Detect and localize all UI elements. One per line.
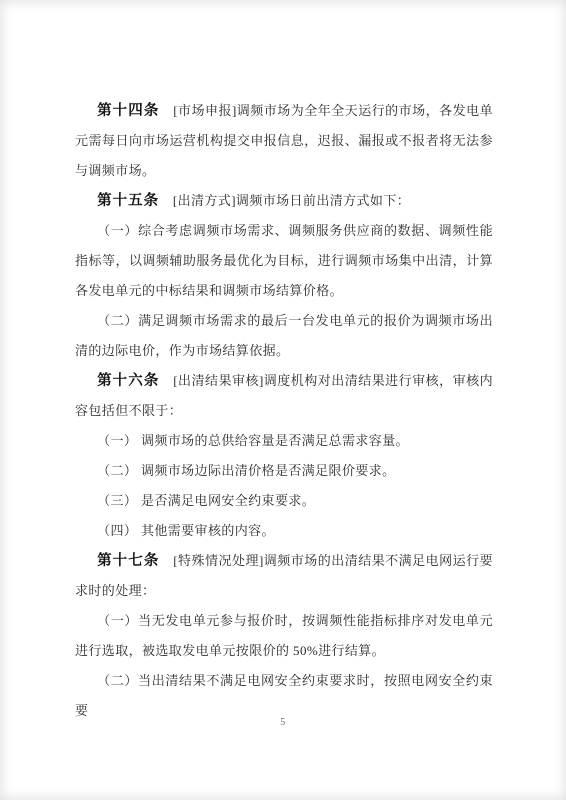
article-paragraph: 第十四条[市场申报]调频市场为全年全天运行的市场，各发电单元需每日向市场运营机构… bbox=[75, 96, 493, 186]
article-number: 第十五条 bbox=[97, 193, 159, 209]
article-paragraph: （二） 调频市场边际出清价格是否满足限价要求。 bbox=[75, 456, 493, 486]
article-paragraph: （一）综合考虑调频市场需求、调频服务供应商的数据、调频性能指标等，以调频辅助服务… bbox=[75, 216, 493, 306]
article-number: 第十六条 bbox=[97, 373, 159, 389]
article-paragraph: （一）当无发电单元参与报价时，按调频性能指标排序对发电单元进行选取，被选取发电单… bbox=[75, 606, 493, 666]
article-text: [出清方式]调频市场日前出清方式如下： bbox=[173, 193, 410, 208]
document-body: 第十四条[市场申报]调频市场为全年全天运行的市场，各发电单元需每日向市场运营机构… bbox=[75, 96, 493, 726]
article-paragraph: （三） 是否满足电网安全约束要求。 bbox=[75, 486, 493, 516]
article-text: （一） 调频市场的总供给容量是否满足总需求容量。 bbox=[97, 433, 409, 448]
article-text: （四） 其他需要审核的内容。 bbox=[97, 523, 275, 538]
article-text: （一）综合考虑调频市场需求、调频服务供应商的数据、调频性能指标等，以调频辅助服务… bbox=[75, 223, 493, 298]
article-paragraph: （二）满足调频市场需求的最后一台发电单元的报价为调频市场出清的边际电价，作为市场… bbox=[75, 306, 493, 366]
article-paragraph: （四） 其他需要审核的内容。 bbox=[75, 516, 493, 546]
article-paragraph: 第十七条[特殊情况处理]调频市场的出清结果不满足电网运行要求时的处理： bbox=[75, 546, 493, 606]
article-number: 第十四条 bbox=[97, 103, 159, 119]
article-text: （三） 是否满足电网安全约束要求。 bbox=[97, 493, 315, 508]
article-number: 第十七条 bbox=[97, 553, 159, 569]
article-paragraph: 第十五条[出清方式]调频市场日前出清方式如下： bbox=[75, 186, 493, 216]
page-number: 5 bbox=[0, 717, 566, 728]
article-text: （二）满足调频市场需求的最后一台发电单元的报价为调频市场出清的边际电价，作为市场… bbox=[75, 313, 493, 358]
document-page: 第十四条[市场申报]调频市场为全年全天运行的市场，各发电单元需每日向市场运营机构… bbox=[0, 0, 566, 800]
article-text: （二） 调频市场边际出清价格是否满足限价要求。 bbox=[97, 463, 395, 478]
article-paragraph: （一） 调频市场的总供给容量是否满足总需求容量。 bbox=[75, 426, 493, 456]
article-text: （二）当出清结果不满足电网安全约束要求时，按照电网安全约束要 bbox=[75, 673, 493, 718]
article-text: （一）当无发电单元参与报价时，按调频性能指标排序对发电单元进行选取，被选取发电单… bbox=[75, 613, 493, 658]
article-paragraph: 第十六条[出清结果审核]调度机构对出清结果进行审核，审核内容包括但不限于： bbox=[75, 366, 493, 426]
